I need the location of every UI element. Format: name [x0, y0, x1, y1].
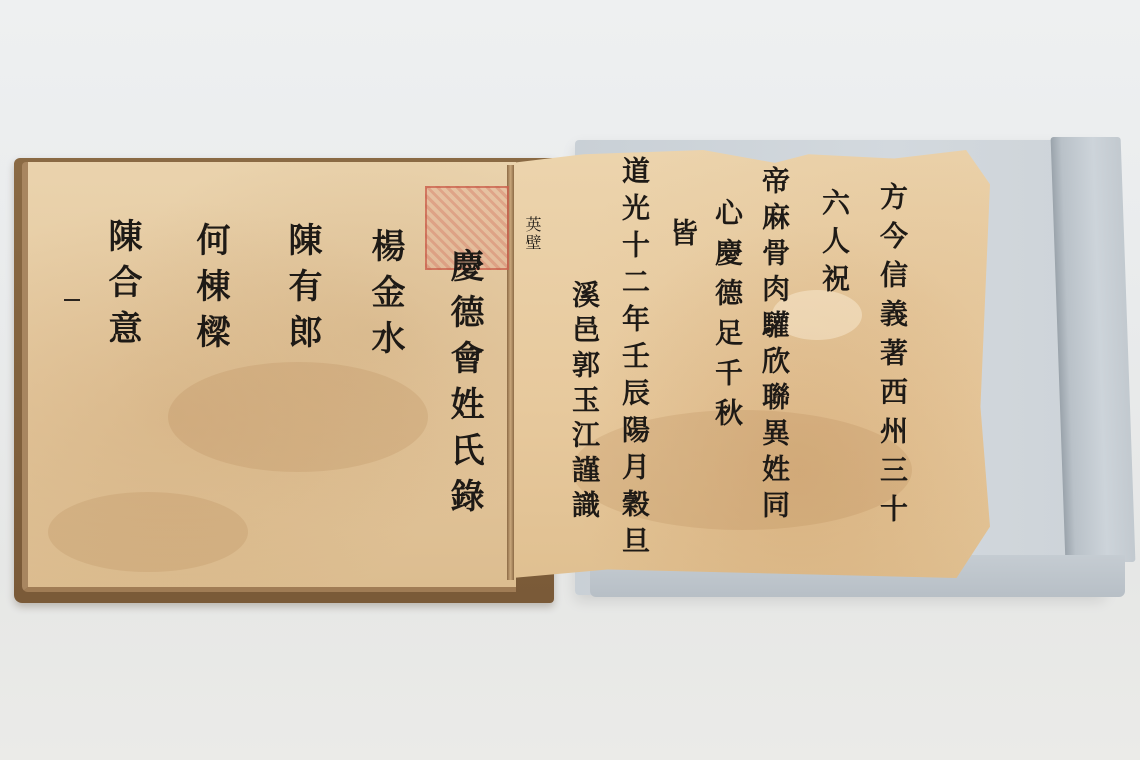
- member-name-2: 陳有郎: [285, 222, 319, 360]
- margin-mark-dash: [64, 299, 80, 301]
- preface-column-2: 六人祝: [820, 188, 848, 302]
- author-column: 溪邑郭玉江謹識: [570, 280, 598, 525]
- archival-box-side: [1051, 137, 1136, 562]
- member-name-4: 陳合意: [105, 218, 139, 356]
- member-name-1: 楊金水: [368, 228, 402, 366]
- register-title: 慶德會姓氏錄: [447, 248, 481, 524]
- water-stain: [48, 492, 248, 572]
- member-name-3: 何棟樑: [193, 222, 227, 360]
- margin-note: 英壁: [524, 216, 540, 252]
- preface-column-1: 方今信義著西州三十: [878, 182, 906, 533]
- preface-column-4: 心慶德足千秋: [713, 198, 741, 438]
- date-column: 道光十二年壬辰陽月穀旦: [620, 156, 648, 563]
- preface-column-5: 皆: [668, 218, 696, 256]
- preface-column-3: 帝麻骨肉驩欣聯異姓同: [760, 166, 788, 526]
- water-stain: [168, 362, 428, 472]
